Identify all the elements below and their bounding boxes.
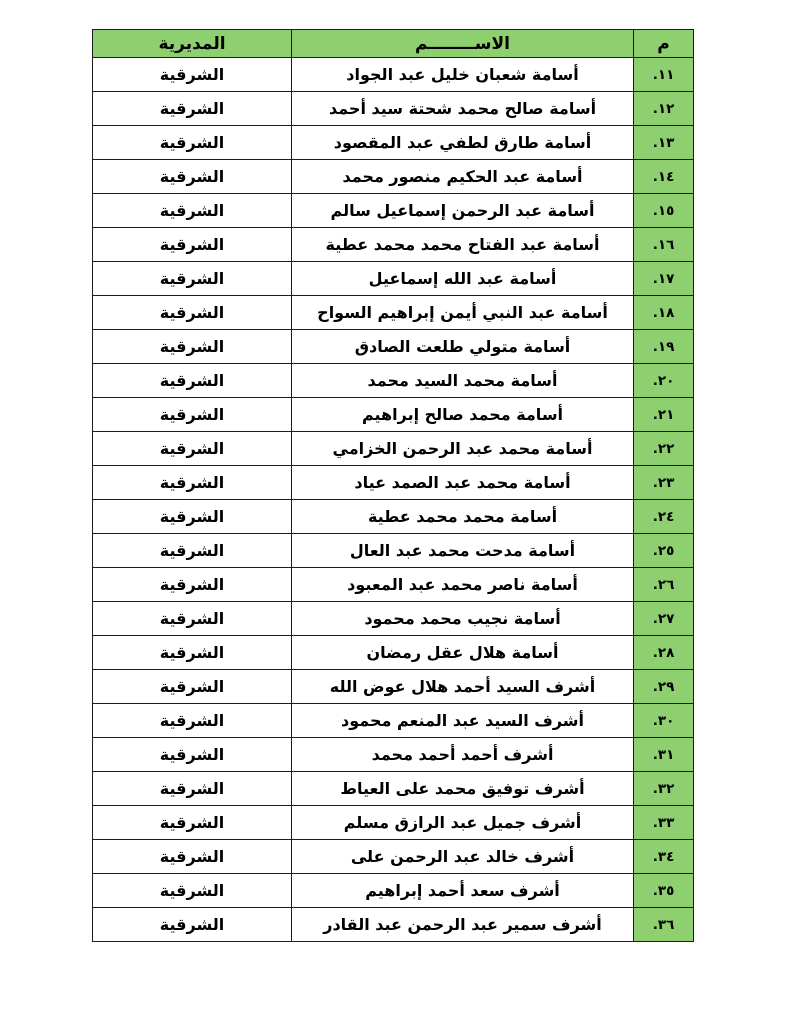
cell-directorate: الشرقية bbox=[93, 772, 292, 806]
cell-name: أسامة صالح محمد شحتة سيد أحمد bbox=[292, 92, 634, 126]
cell-number: ٢٧. bbox=[634, 602, 694, 636]
cell-number: ٣٠. bbox=[634, 704, 694, 738]
cell-number: ٢١. bbox=[634, 398, 694, 432]
cell-directorate: الشرقية bbox=[93, 160, 292, 194]
cell-directorate: الشرقية bbox=[93, 568, 292, 602]
cell-name: أسامة نجيب محمد محمود bbox=[292, 602, 634, 636]
table-header: م الاســــــــم المديرية bbox=[93, 30, 694, 58]
table-row: ٣٤.أشرف خالد عبد الرحمن علىالشرقية bbox=[93, 840, 694, 874]
cell-name: أسامة محمد محمد عطية bbox=[292, 500, 634, 534]
cell-directorate: الشرقية bbox=[93, 840, 292, 874]
cell-directorate: الشرقية bbox=[93, 126, 292, 160]
cell-number: ٢٣. bbox=[634, 466, 694, 500]
cell-directorate: الشرقية bbox=[93, 908, 292, 942]
table-row: ٢٤.أسامة محمد محمد عطيةالشرقية bbox=[93, 500, 694, 534]
cell-directorate: الشرقية bbox=[93, 364, 292, 398]
cell-name: أسامة عبد الرحمن إسماعيل سالم bbox=[292, 194, 634, 228]
table-row: ٣١.أشرف أحمد أحمد محمدالشرقية bbox=[93, 738, 694, 772]
table-row: ٢٠.أسامة محمد السيد محمدالشرقية bbox=[93, 364, 694, 398]
cell-name: أسامة عبد الحكيم منصور محمد bbox=[292, 160, 634, 194]
table-row: ٢٣.أسامة محمد عبد الصمد عيادالشرقية bbox=[93, 466, 694, 500]
cell-number: ١٧. bbox=[634, 262, 694, 296]
cell-directorate: الشرقية bbox=[93, 262, 292, 296]
cell-name: أسامة محمد عبد الصمد عياد bbox=[292, 466, 634, 500]
cell-number: ٣٤. bbox=[634, 840, 694, 874]
cell-name: أسامة محمد عبد الرحمن الخزامي bbox=[292, 432, 634, 466]
cell-number: ٣١. bbox=[634, 738, 694, 772]
table-row: ١٩.أسامة متولي طلعت الصادقالشرقية bbox=[93, 330, 694, 364]
cell-name: أسامة عبد الله إسماعيل bbox=[292, 262, 634, 296]
table-row: ٢٨.أسامة هلال عقل رمضانالشرقية bbox=[93, 636, 694, 670]
table-row: ١٢.أسامة صالح محمد شحتة سيد أحمدالشرقية bbox=[93, 92, 694, 126]
cell-directorate: الشرقية bbox=[93, 670, 292, 704]
table-row: ٢٦.أسامة ناصر محمد عبد المعبودالشرقية bbox=[93, 568, 694, 602]
table-row: ٣٢.أشرف توفيق محمد على العياطالشرقية bbox=[93, 772, 694, 806]
cell-directorate: الشرقية bbox=[93, 194, 292, 228]
cell-number: ٢٢. bbox=[634, 432, 694, 466]
cell-number: ١٦. bbox=[634, 228, 694, 262]
cell-name: أسامة مدحت محمد عبد العال bbox=[292, 534, 634, 568]
cell-directorate: الشرقية bbox=[93, 58, 292, 92]
cell-number: ١٢. bbox=[634, 92, 694, 126]
cell-directorate: الشرقية bbox=[93, 602, 292, 636]
document-page: م الاســــــــم المديرية ١١.أسامة شعبان … bbox=[0, 0, 792, 1024]
cell-directorate: الشرقية bbox=[93, 330, 292, 364]
table-row: ٣٠.أشرف السيد عبد المنعم محمودالشرقية bbox=[93, 704, 694, 738]
cell-number: ٣٦. bbox=[634, 908, 694, 942]
cell-number: ٢٤. bbox=[634, 500, 694, 534]
header-number: م bbox=[634, 30, 694, 58]
cell-number: ١٥. bbox=[634, 194, 694, 228]
cell-number: ١٩. bbox=[634, 330, 694, 364]
cell-number: ١٣. bbox=[634, 126, 694, 160]
cell-number: ١٨. bbox=[634, 296, 694, 330]
cell-directorate: الشرقية bbox=[93, 874, 292, 908]
table-row: ١٣.أسامة طارق لطفي عبد المقصودالشرقية bbox=[93, 126, 694, 160]
cell-name: أشرف جميل عبد الرازق مسلم bbox=[292, 806, 634, 840]
cell-directorate: الشرقية bbox=[93, 500, 292, 534]
table-row: ٣٦.أشرف سمير عبد الرحمن عبد القادرالشرقي… bbox=[93, 908, 694, 942]
table-row: ١٨.أسامة عبد النبي أيمن إبراهيم السواحال… bbox=[93, 296, 694, 330]
cell-name: أسامة محمد السيد محمد bbox=[292, 364, 634, 398]
cell-number: ٣٣. bbox=[634, 806, 694, 840]
staff-roster-table: م الاســــــــم المديرية ١١.أسامة شعبان … bbox=[92, 29, 694, 942]
cell-name: أسامة هلال عقل رمضان bbox=[292, 636, 634, 670]
table-row: ١١.أسامة شعبان خليل عبد الجوادالشرقية bbox=[93, 58, 694, 92]
table-row: ١٥.أسامة عبد الرحمن إسماعيل سالمالشرقية bbox=[93, 194, 694, 228]
cell-name: أسامة طارق لطفي عبد المقصود bbox=[292, 126, 634, 160]
cell-directorate: الشرقية bbox=[93, 636, 292, 670]
table-row: ٣٥.أشرف سعد أحمد إبراهيمالشرقية bbox=[93, 874, 694, 908]
cell-name: أسامة متولي طلعت الصادق bbox=[292, 330, 634, 364]
header-name: الاســــــــم bbox=[292, 30, 634, 58]
cell-name: أشرف سعد أحمد إبراهيم bbox=[292, 874, 634, 908]
cell-number: ٢٠. bbox=[634, 364, 694, 398]
cell-directorate: الشرقية bbox=[93, 806, 292, 840]
cell-name: أشرف السيد أحمد هلال عوض الله bbox=[292, 670, 634, 704]
cell-number: ٣٢. bbox=[634, 772, 694, 806]
cell-number: ٢٩. bbox=[634, 670, 694, 704]
table-row: ٢١.أسامة محمد صالح إبراهيمالشرقية bbox=[93, 398, 694, 432]
cell-directorate: الشرقية bbox=[93, 228, 292, 262]
table-row: ٢٧.أسامة نجيب محمد محمودالشرقية bbox=[93, 602, 694, 636]
cell-number: ١١. bbox=[634, 58, 694, 92]
cell-number: ٣٥. bbox=[634, 874, 694, 908]
cell-name: أسامة ناصر محمد عبد المعبود bbox=[292, 568, 634, 602]
cell-directorate: الشرقية bbox=[93, 92, 292, 126]
cell-name: أشرف توفيق محمد على العياط bbox=[292, 772, 634, 806]
table-row: ١٧.أسامة عبد الله إسماعيلالشرقية bbox=[93, 262, 694, 296]
cell-directorate: الشرقية bbox=[93, 296, 292, 330]
cell-directorate: الشرقية bbox=[93, 398, 292, 432]
cell-directorate: الشرقية bbox=[93, 738, 292, 772]
cell-name: أشرف السيد عبد المنعم محمود bbox=[292, 704, 634, 738]
table-row: ٢٢.أسامة محمد عبد الرحمن الخزاميالشرقية bbox=[93, 432, 694, 466]
table-row: ٢٩.أشرف السيد أحمد هلال عوض اللهالشرقية bbox=[93, 670, 694, 704]
table-row: ١٦.أسامة عبد الفتاح محمد محمد عطيةالشرقي… bbox=[93, 228, 694, 262]
cell-directorate: الشرقية bbox=[93, 704, 292, 738]
header-directorate: المديرية bbox=[93, 30, 292, 58]
cell-directorate: الشرقية bbox=[93, 466, 292, 500]
table-row: ٣٣.أشرف جميل عبد الرازق مسلمالشرقية bbox=[93, 806, 694, 840]
cell-number: ١٤. bbox=[634, 160, 694, 194]
table-body: ١١.أسامة شعبان خليل عبد الجوادالشرقية١٢.… bbox=[93, 58, 694, 942]
cell-number: ٢٥. bbox=[634, 534, 694, 568]
cell-name: أشرف سمير عبد الرحمن عبد القادر bbox=[292, 908, 634, 942]
cell-number: ٢٨. bbox=[634, 636, 694, 670]
cell-number: ٢٦. bbox=[634, 568, 694, 602]
cell-name: أشرف خالد عبد الرحمن على bbox=[292, 840, 634, 874]
table-row: ٢٥.أسامة مدحت محمد عبد العالالشرقية bbox=[93, 534, 694, 568]
cell-name: أسامة شعبان خليل عبد الجواد bbox=[292, 58, 634, 92]
header-row: م الاســــــــم المديرية bbox=[93, 30, 694, 58]
table-row: ١٤.أسامة عبد الحكيم منصور محمدالشرقية bbox=[93, 160, 694, 194]
cell-name: أسامة عبد النبي أيمن إبراهيم السواح bbox=[292, 296, 634, 330]
cell-name: أسامة محمد صالح إبراهيم bbox=[292, 398, 634, 432]
cell-name: أسامة عبد الفتاح محمد محمد عطية bbox=[292, 228, 634, 262]
cell-directorate: الشرقية bbox=[93, 534, 292, 568]
cell-directorate: الشرقية bbox=[93, 432, 292, 466]
cell-name: أشرف أحمد أحمد محمد bbox=[292, 738, 634, 772]
